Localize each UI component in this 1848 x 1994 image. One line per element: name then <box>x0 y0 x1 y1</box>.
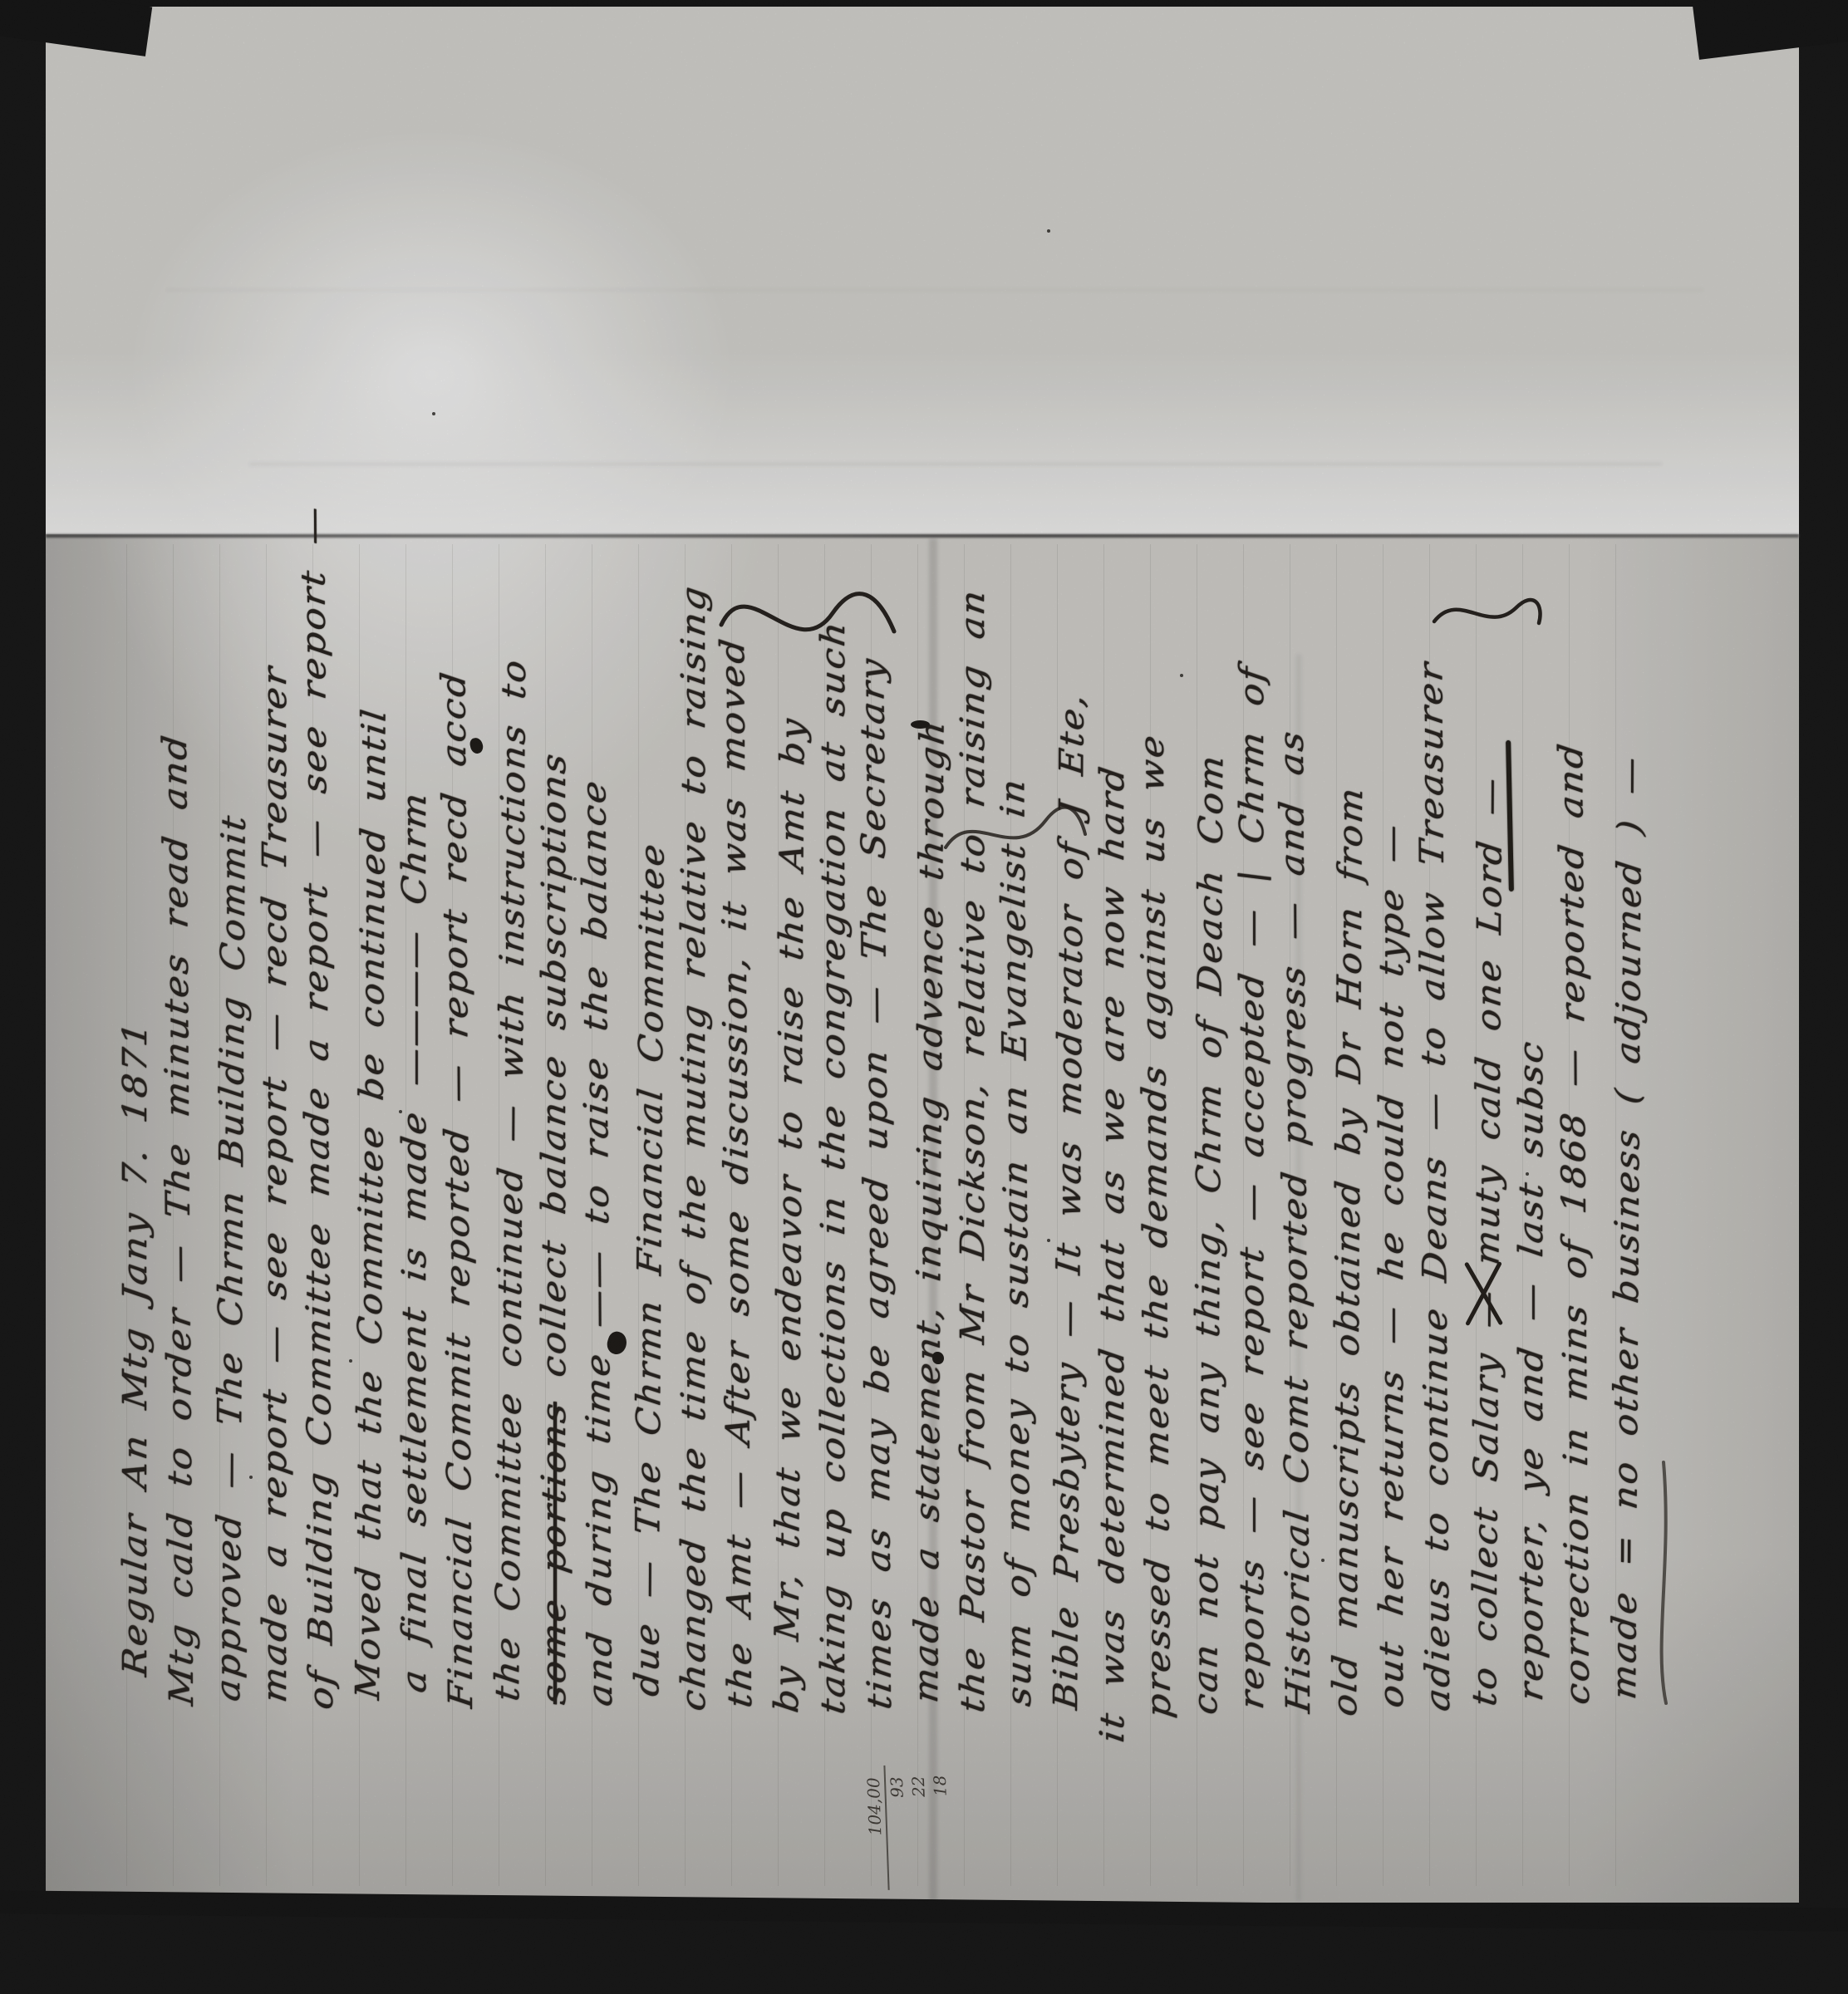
film-edge-black <box>1692 0 1848 60</box>
manuscript-line: the Amt — After some discussion, it was … <box>714 636 759 1710</box>
manuscript-line: can not pay any thing, Chrm of Deach Com <box>1187 752 1231 1717</box>
manuscript-line: reports — see report — accepted — | Chrm… <box>1233 664 1271 1712</box>
manuscript-line: out her returns — he could not type — <box>1373 821 1411 1710</box>
manuscript-line: made a statement, inquiring advence thro… <box>907 717 952 1705</box>
dust-speck <box>1321 1559 1325 1562</box>
manuscript-line: it was determined that as we are now har… <box>1094 763 1132 1745</box>
manuscript-line: Financial Commit reported — report recd … <box>435 669 480 1710</box>
rotated-page-content: Regular An Mtg Jany 7. 1871Mtg cald to o… <box>0 0 1848 1994</box>
manuscript-line: approved — The Chrmn Building Commit <box>209 813 253 1703</box>
manuscript-line: a final settlement is made ———— Chrm <box>396 789 434 1695</box>
manuscript-line: times as may be agreed upon — The Secret… <box>853 656 899 1712</box>
manuscript-line: changed the time of the muting relative … <box>675 582 713 1713</box>
manuscript-line: reporter, ye and — last subsc <box>1512 1038 1551 1703</box>
fold-crease <box>166 289 1703 291</box>
film-edge-black <box>0 0 1848 7</box>
dust-speck <box>573 877 577 881</box>
manuscript-line: Historical Comt reported progress — and … <box>1273 728 1318 1715</box>
dust-speck <box>432 412 435 415</box>
margin-arithmetic-annotation: 104,00932218 <box>862 1763 954 1891</box>
dust-speck <box>249 1476 253 1479</box>
manuscript-line: to collect Salary — muty cald one Lord — <box>1466 774 1510 1708</box>
crossout-x-mark <box>1458 1258 1510 1329</box>
ink-blot <box>911 720 930 729</box>
next-blank-page <box>46 0 1799 534</box>
dust-speck <box>1180 674 1183 677</box>
manuscript-line: pressed to meet the demands against us w… <box>1133 732 1178 1720</box>
dust-speck <box>1047 1239 1050 1242</box>
manuscript-line: adieus to continue Deans — to allow Trea… <box>1412 659 1457 1713</box>
dust-speck <box>1526 1172 1529 1176</box>
manuscript-line: and during time —— to raise the balance <box>575 778 620 1708</box>
dust-speck <box>399 1110 402 1113</box>
manuscript-line: Regular An Mtg Jany 7. 1871 <box>116 1019 155 1678</box>
manuscript-line: correction in mins of 1868 — reported an… <box>1552 740 1597 1707</box>
annotation-number: 18 <box>928 1763 954 1888</box>
manuscript-line: sum of money to sustain an Evangelist in <box>994 776 1039 1708</box>
dust-speck <box>349 1359 352 1363</box>
manuscript-line: the Pastor from Mr Dickson, relative to … <box>954 587 992 1715</box>
manuscript-line: by Mr, that we endeavor to raise the Amt… <box>768 715 813 1715</box>
manuscript-line: old manuscripts obtained by Dr Horn from <box>1326 784 1370 1718</box>
manuscript-line: made a report — see report — recd Treasu… <box>256 663 294 1705</box>
microfilm-scan-frame: Regular An Mtg Jany 7. 1871Mtg cald to o… <box>0 0 1848 1994</box>
manuscript-line: Moved that the Committee be continued un… <box>349 705 394 1702</box>
manuscript-line: taking up collections in the congregatio… <box>814 618 853 1717</box>
manuscript-line: Mtg cald to order — The minutes read and <box>156 732 201 1707</box>
manuscript-line: the Committee continued — with instructi… <box>489 656 533 1703</box>
ink-blot <box>932 1352 944 1364</box>
fold-crease <box>249 463 1662 465</box>
manuscript-line: some portions collect balance subscripti… <box>535 750 573 1707</box>
manuscript-line: due — The Chrmn Financial Committee <box>628 841 672 1698</box>
manuscript-line: made = no other business ( adjourned ) — <box>1605 754 1649 1702</box>
manuscript-line: Bible Presbytery — It was moderator of J… <box>1047 691 1092 1712</box>
dust-speck <box>1047 229 1050 233</box>
